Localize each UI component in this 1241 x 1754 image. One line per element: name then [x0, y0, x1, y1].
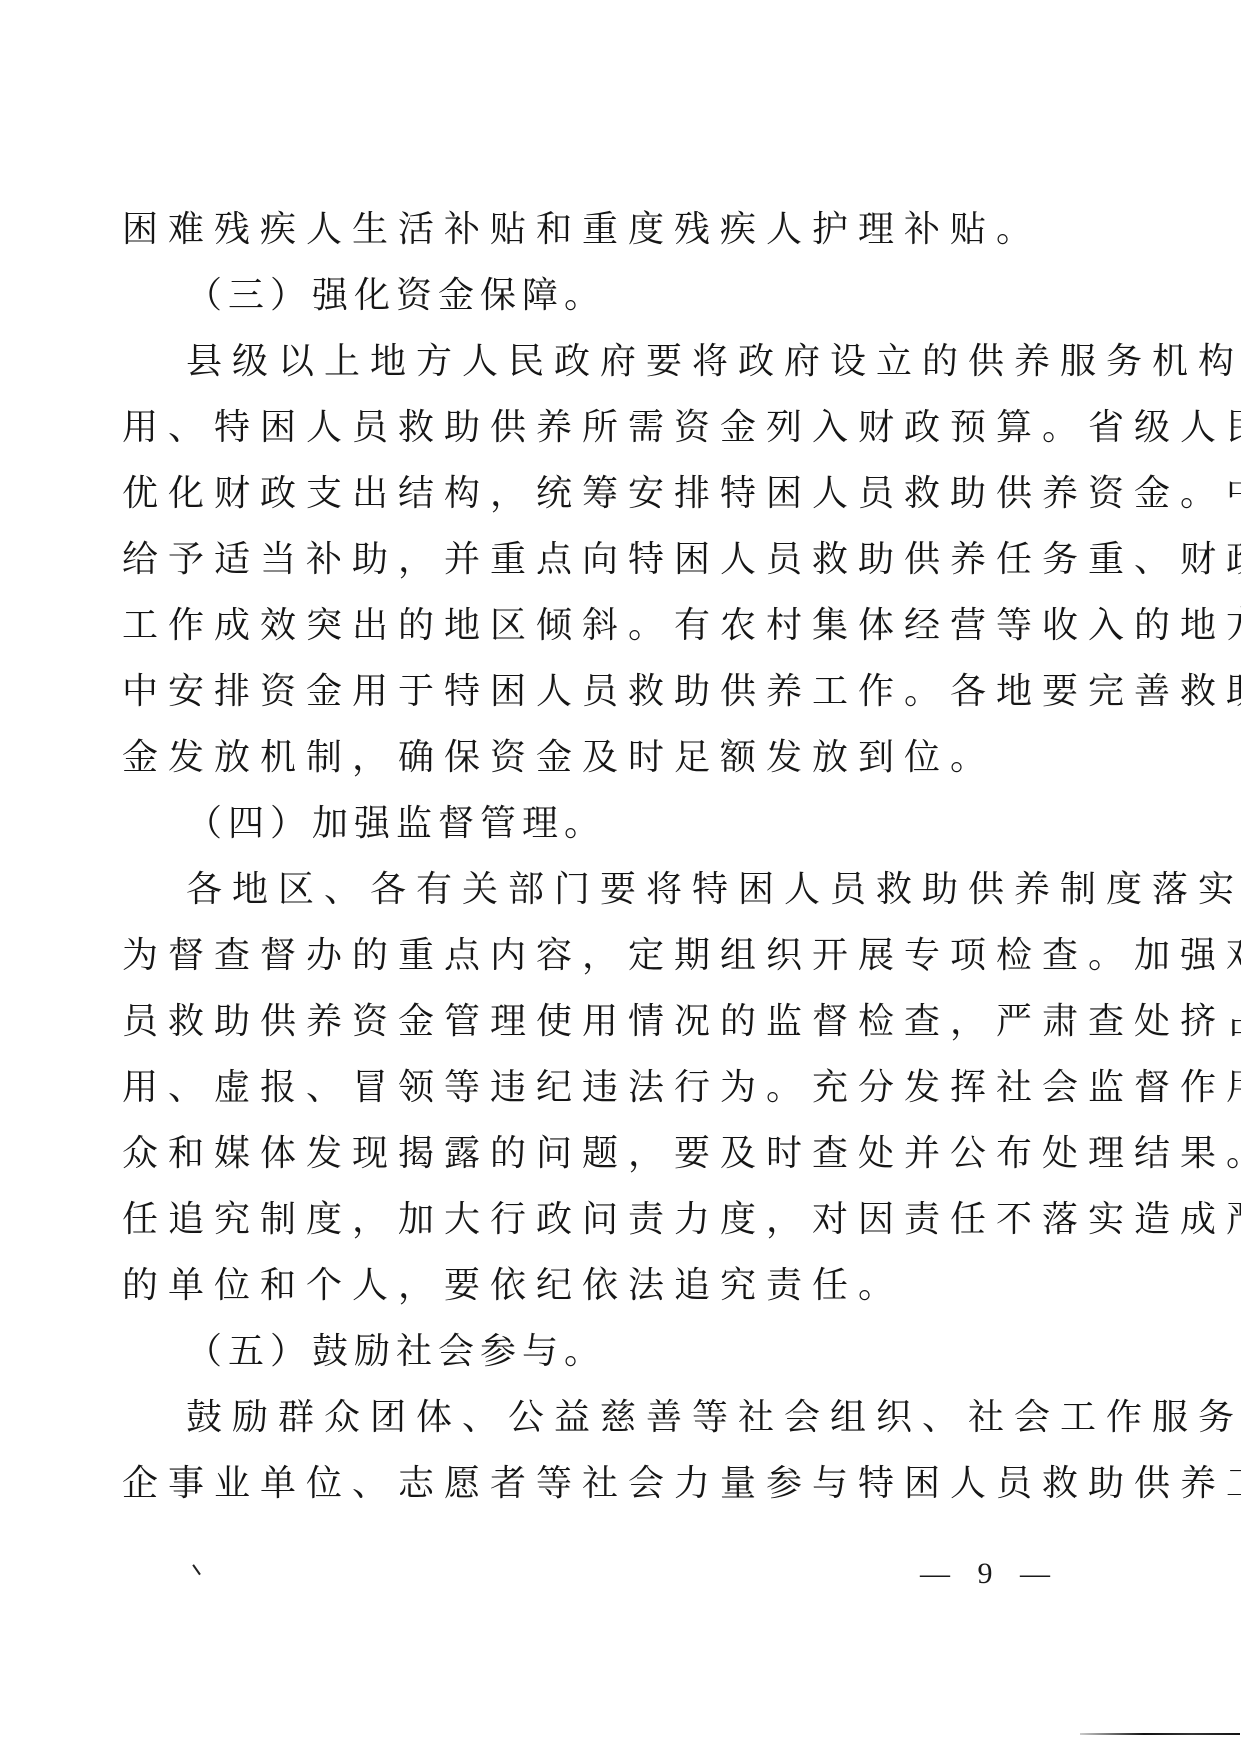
page-number: — 9 — — [920, 1556, 1060, 1592]
paragraph-line: 用、特困人员救助供养所需资金列入财政预算。省级人民政府要 — [122, 406, 1052, 450]
paragraph-line: 金发放机制，确保资金及时足额发放到位。 — [122, 736, 1052, 780]
scan-edge-line — [1080, 1733, 1240, 1735]
paragraph-line: 中安排资金用于特困人员救助供养工作。各地要完善救助供养资 — [122, 670, 1052, 714]
paragraph-line: 众和媒体发现揭露的问题，要及时查处并公布处理结果。完善责 — [122, 1132, 1052, 1176]
section-heading-4: （四）加强监督管理。 — [186, 802, 1116, 846]
paragraph-line: 困难残疾人生活补贴和重度残疾人护理补贴。 — [122, 208, 1052, 252]
paragraph-line: 为督查督办的重点内容，定期组织开展专项检查。加强对特困人 — [122, 934, 1052, 978]
paragraph-line: 县级以上地方人民政府要将政府设立的供养服务机构运转费 — [186, 340, 1052, 384]
paragraph-line: 优化财政支出结构，统筹安排特困人员救助供养资金。中央财政 — [122, 472, 1052, 516]
paragraph-line: 的单位和个人，要依纪依法追究责任。 — [122, 1264, 1052, 1308]
paragraph-line: 任追究制度，加大行政问责力度，对因责任不落实造成严重后果 — [122, 1198, 1052, 1242]
paragraph-line: 用、虚报、冒领等违纪违法行为。充分发挥社会监督作用，对公 — [122, 1066, 1052, 1110]
paragraph-line: 给予适当补助，并重点向特困人员救助供养任务重、财政困难、 — [122, 538, 1052, 582]
section-heading-5: （五）鼓励社会参与。 — [186, 1330, 1116, 1374]
section-heading-3: （三）强化资金保障。 — [186, 274, 1116, 318]
document-page: 困难残疾人生活补贴和重度残疾人护理补贴。 （三）强化资金保障。 县级以上地方人民… — [0, 0, 1241, 1754]
paragraph-line: 员救助供养资金管理使用情况的监督检查，严肃查处挤占、挪 — [122, 1000, 1052, 1044]
paragraph-line: 企事业单位、志愿者等社会力量参与特困人员救助供养工作。鼓 — [122, 1462, 1052, 1506]
paragraph-line: 工作成效突出的地区倾斜。有农村集体经营等收入的地方，可从 — [122, 604, 1052, 648]
scan-artifact-mark — [192, 1561, 205, 1575]
paragraph-line: 鼓励群众团体、公益慈善等社会组织、社会工作服务机构和 — [186, 1396, 1052, 1440]
paragraph-line: 各地区、各有关部门要将特困人员救助供养制度落实情况作 — [186, 868, 1052, 912]
